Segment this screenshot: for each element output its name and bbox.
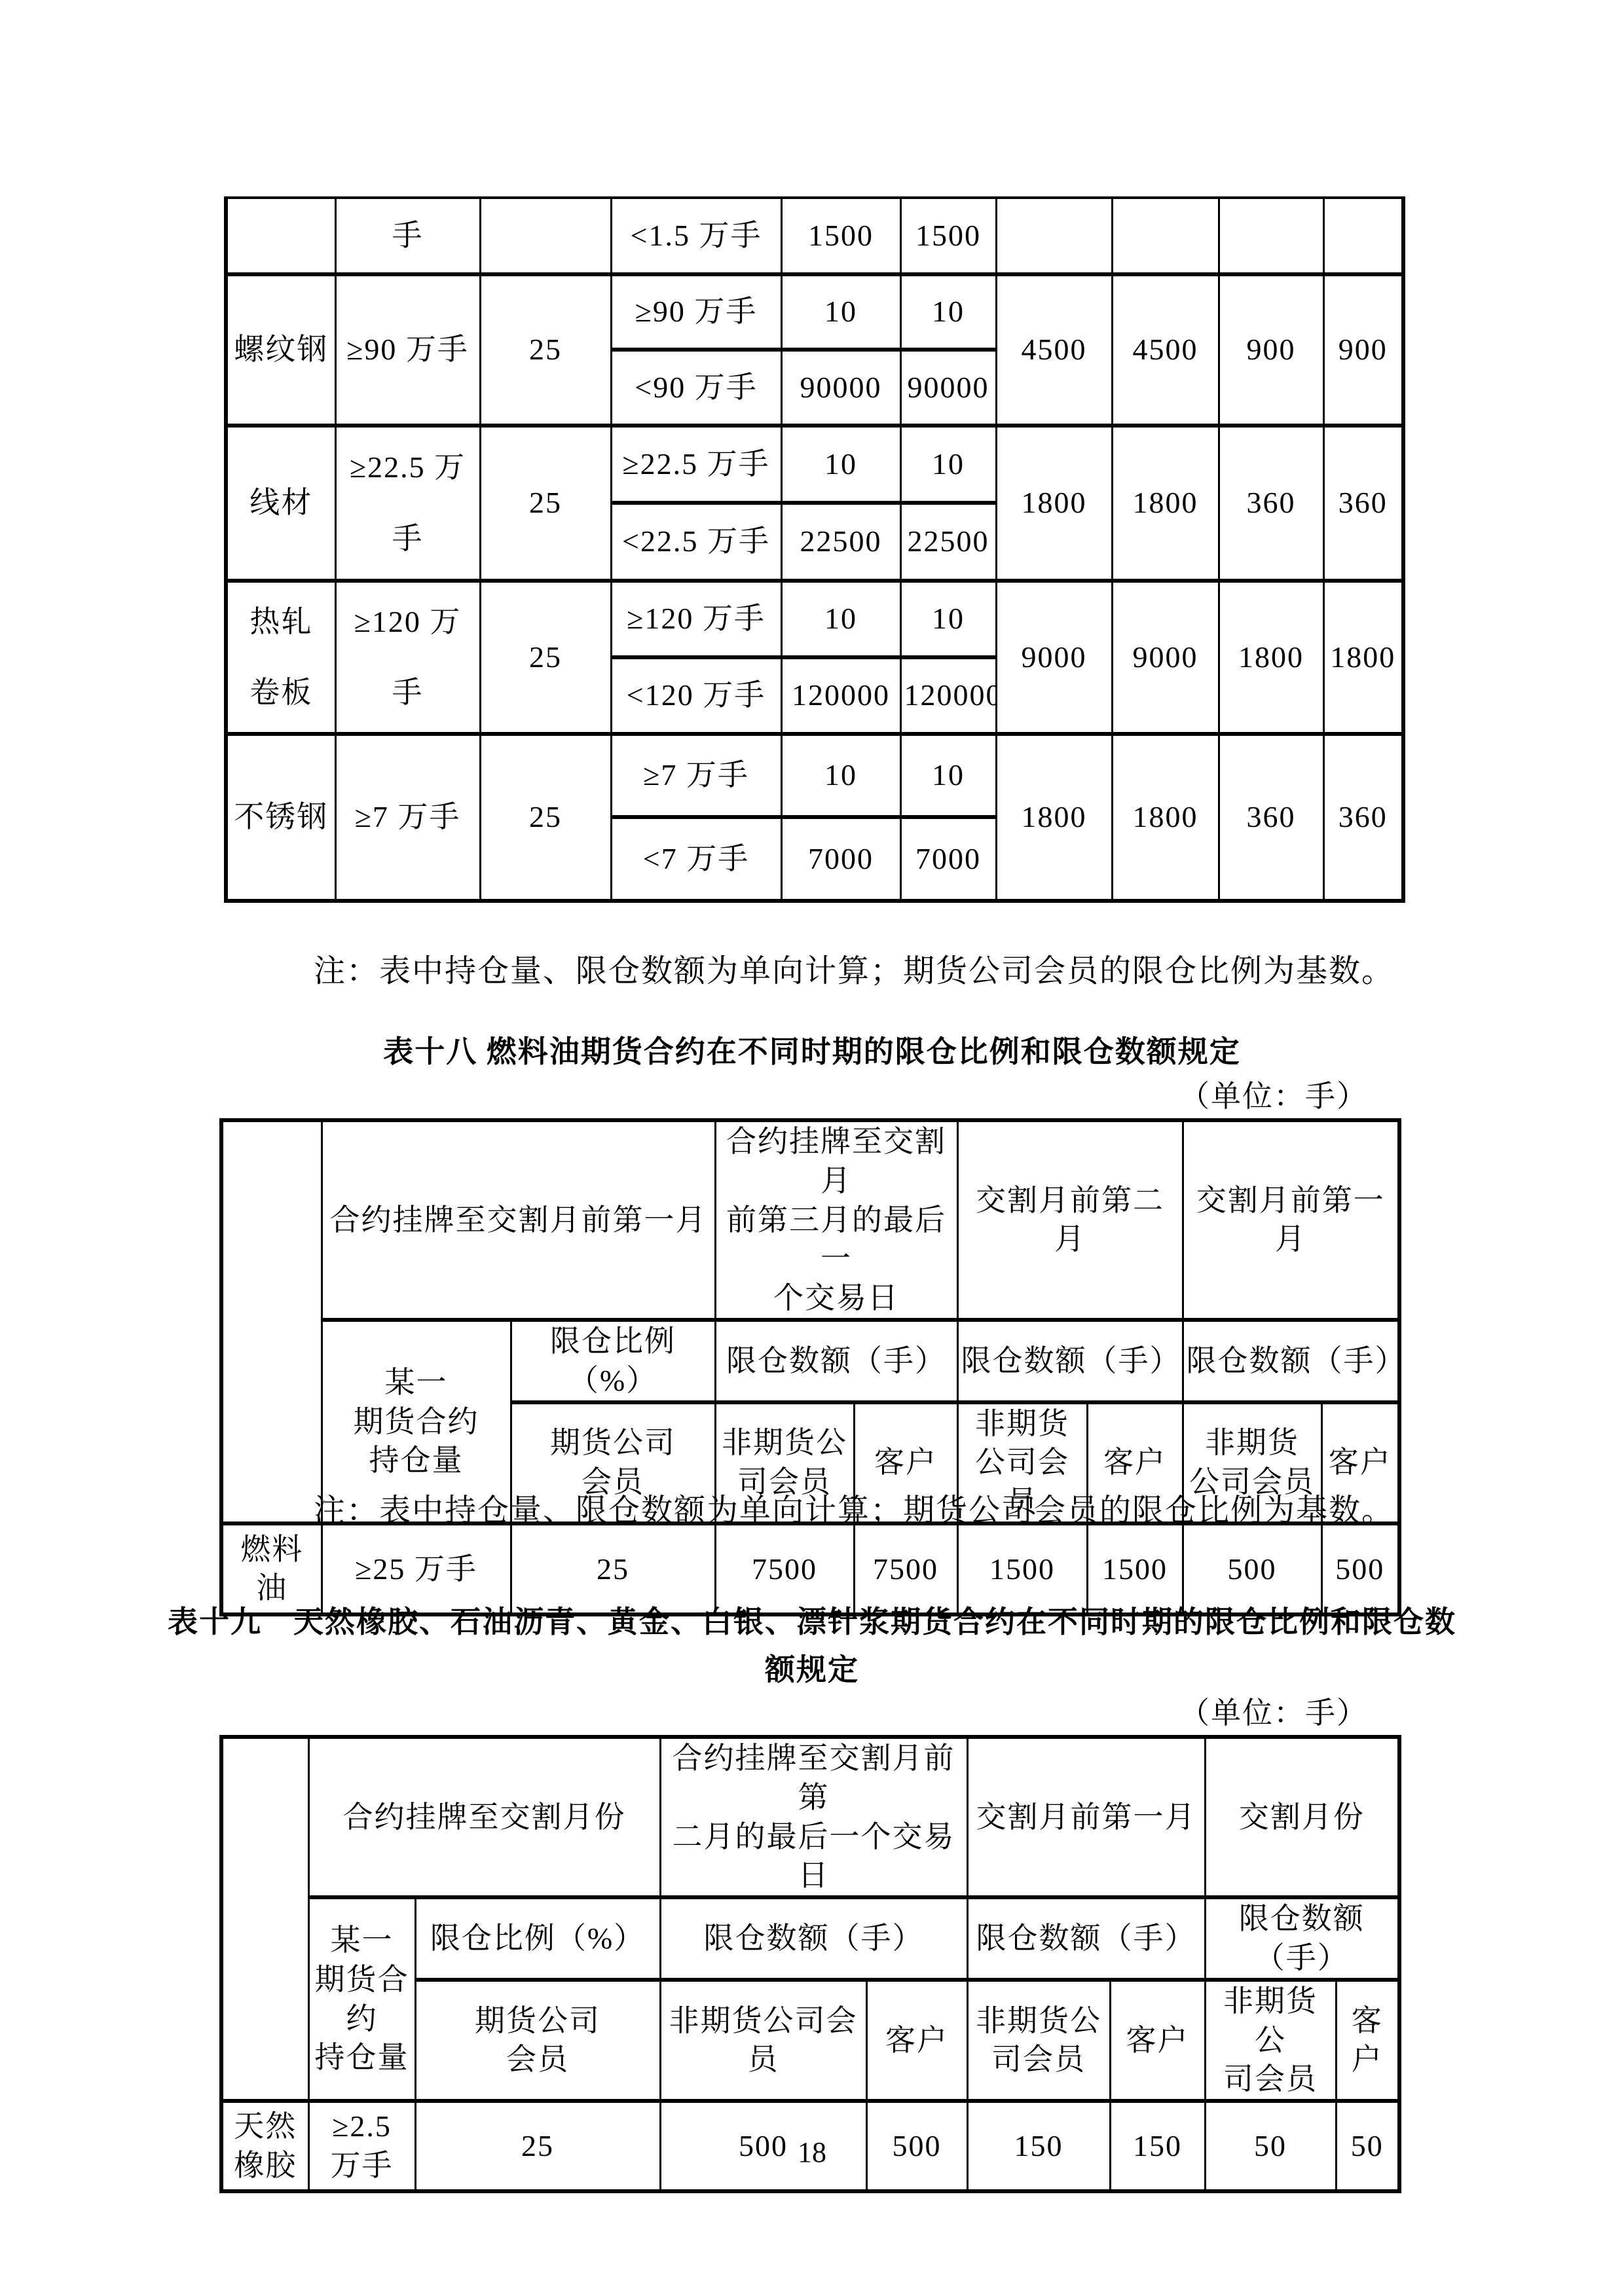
cell-quota: 10	[781, 734, 900, 817]
cell-quota-header: 限仓数额（手）	[957, 1320, 1183, 1402]
empty-cell	[221, 1120, 322, 1523]
cell-period-header: 合约挂牌至交割月 前第三月的最后一 个交易日	[715, 1120, 957, 1320]
cell-quota: 10	[900, 734, 996, 817]
document-page: 手 <1.5 万手 1500 1500 螺纹钢 ≥90 万手 25 ≥90 万手…	[0, 0, 1624, 2296]
cell-period-header: 合约挂牌至交割月前第一月	[322, 1120, 715, 1320]
cell-quota-header: 限仓数额（手）	[1183, 1320, 1399, 1402]
cell-quota: 1500	[781, 198, 900, 274]
cell-quota: 22500	[781, 503, 900, 581]
empty-cell	[226, 198, 335, 274]
cell-quota: 90000	[781, 350, 900, 426]
cell-quota-header: 限仓数额（手）	[660, 1897, 967, 1980]
cell-condition: ≥22.5 万手	[611, 426, 781, 503]
table-steel-position-limits-continued: 手 <1.5 万手 1500 1500 螺纹钢 ≥90 万手 25 ≥90 万手…	[224, 196, 1405, 903]
cell-quota: 10	[900, 581, 996, 657]
cell-condition: <120 万手	[611, 657, 781, 734]
empty-cell	[1112, 198, 1219, 274]
cell-period-header: 合约挂牌至交割月前第 二月的最后一个交易日	[660, 1737, 967, 1897]
table-fuel-oil-position-limits: 合约挂牌至交割月前第一月 合约挂牌至交割月 前第三月的最后一 个交易日 交割月前…	[219, 1118, 1401, 1616]
table-row: 某一 期货合 约 持仓量 限仓比例（%） 限仓数额（手） 限仓数额（手） 限仓数…	[221, 1897, 1399, 1980]
cell-quota: 10	[781, 581, 900, 657]
table-row: 线材 ≥22.5 万 手 25 ≥22.5 万手 10 10 1800 1800…	[226, 426, 1403, 503]
cell-threshold: ≥120 万 手	[335, 581, 480, 734]
cell-quota-header: 限仓数额（手）	[715, 1320, 957, 1402]
cell-commodity: 热轧 卷板	[226, 581, 335, 734]
cell-condition: <90 万手	[611, 350, 781, 426]
cell-threshold: ≥90 万手	[335, 274, 480, 426]
cell-quota: 10	[900, 426, 996, 503]
cell-ratio: 25	[480, 274, 611, 426]
cell-quota: 1800	[996, 426, 1112, 581]
cell-condition: ≥120 万手	[611, 581, 781, 657]
cell-quota: 90000	[900, 350, 996, 426]
cell-ratio: 25	[480, 581, 611, 734]
table-note: 注：表中持仓量、限仓数额为单向计算；期货公司会员的限仓比例为基数。	[226, 1490, 1399, 1532]
cell-quota-header: 限仓数额（手）	[967, 1897, 1205, 1980]
cell-member-header: 非期货公司会 员	[660, 1980, 866, 2101]
table18-unit-label: （单位：手）	[226, 1072, 1399, 1116]
cell-threshold: ≥7 万手	[335, 734, 480, 901]
cell-member-header: 客户	[1110, 1980, 1205, 2101]
table19-title: 表十九 天然橡胶、石油沥青、黄金、白银、漂针浆期货合约在不同时期的限仓比例和限仓…	[0, 1598, 1624, 1694]
table18-title: 表十八 燃料油期货合约在不同时期的限仓比例和限仓数额规定	[0, 1030, 1624, 1074]
cell-period-header: 交割月前第一月	[1183, 1120, 1399, 1320]
table-note: 注：表中持仓量、限仓数额为单向计算；期货公司会员的限仓比例为基数。	[226, 951, 1399, 993]
cell-quota: 9000	[996, 581, 1112, 734]
cell-condition: <7 万手	[611, 817, 781, 901]
cell-condition: ≥7 万手	[611, 734, 781, 817]
table-row: 螺纹钢 ≥90 万手 25 ≥90 万手 10 10 4500 4500 900…	[226, 274, 1403, 350]
cell-quota: 360	[1323, 734, 1403, 901]
cell-quota: 1800	[1323, 581, 1403, 734]
cell-quota: 360	[1323, 426, 1403, 581]
cell-period-header: 合约挂牌至交割月份	[308, 1737, 660, 1897]
cell-quota: 1500	[900, 198, 996, 274]
empty-cell	[480, 198, 611, 274]
table-row: 不锈钢 ≥7 万手 25 ≥7 万手 10 10 1800 1800 360 3…	[226, 734, 1403, 817]
cell-quota: 900	[1323, 274, 1403, 426]
page-number: 18	[0, 2136, 1624, 2169]
cell-quota: 4500	[1112, 274, 1219, 426]
cell-holding-header: 某一 期货合 约 持仓量	[308, 1897, 415, 2101]
cell-quota: 360	[1219, 734, 1323, 901]
cell-period-header: 交割月份	[1205, 1737, 1399, 1897]
cell-quota: 120000	[900, 657, 996, 734]
cell-quota: 10	[900, 274, 996, 350]
cell-period-header: 交割月前第一月	[967, 1737, 1205, 1897]
cell-quota: 7000	[900, 817, 996, 901]
cell-member-header: 期货公司 会员	[415, 1980, 660, 2101]
cell-quota: 1800	[996, 734, 1112, 901]
cell-member-header: 非期货公 司会员	[967, 1980, 1110, 2101]
cell-condition: <22.5 万手	[611, 503, 781, 581]
cell-quota-header: 限仓数额（手）	[1205, 1897, 1399, 1980]
cell-quota: 900	[1219, 274, 1323, 426]
cell-threshold: ≥22.5 万 手	[335, 426, 480, 581]
cell-quota: 22500	[900, 503, 996, 581]
cell-quota: 120000	[781, 657, 900, 734]
cell-quota: 4500	[996, 274, 1112, 426]
cell-quota: 10	[781, 426, 900, 503]
cell-quota: 1800	[1112, 734, 1219, 901]
cell-member-header: 客户	[1336, 1980, 1399, 2101]
cell-threshold-tail: 手	[335, 198, 480, 274]
cell-quota: 10	[781, 274, 900, 350]
cell-period-header: 交割月前第二月	[957, 1120, 1183, 1320]
cell-member-header: 客户	[866, 1980, 967, 2101]
cell-quota: 7000	[781, 817, 900, 901]
cell-quota: 360	[1219, 426, 1323, 581]
cell-ratio: 25	[480, 734, 611, 901]
cell-quota: 1800	[1219, 581, 1323, 734]
cell-quota: 9000	[1112, 581, 1219, 734]
empty-cell	[996, 198, 1112, 274]
table-row: 合约挂牌至交割月份 合约挂牌至交割月前第 二月的最后一个交易日 交割月前第一月 …	[221, 1737, 1399, 1897]
cell-commodity: 线材	[226, 426, 335, 581]
table-row: 某一 期货合约 持仓量 限仓比例（%） 限仓数额（手） 限仓数额（手） 限仓数额…	[221, 1320, 1399, 1402]
table-row: 合约挂牌至交割月前第一月 合约挂牌至交割月 前第三月的最后一 个交易日 交割月前…	[221, 1120, 1399, 1320]
cell-member-header: 非期货公 司会员	[1205, 1980, 1336, 2101]
cell-condition: <1.5 万手	[611, 198, 781, 274]
empty-cell	[1323, 198, 1403, 274]
table-row: 热轧 卷板 ≥120 万 手 25 ≥120 万手 10 10 9000 900…	[226, 581, 1403, 657]
cell-ratio-header: 限仓比例（%）	[415, 1897, 660, 1980]
empty-cell	[1219, 198, 1323, 274]
cell-commodity: 不锈钢	[226, 734, 335, 901]
cell-ratio: 25	[480, 426, 611, 581]
cell-ratio-header: 限仓比例（%）	[511, 1320, 715, 1402]
table19-unit-label: （单位：手）	[226, 1689, 1399, 1732]
table-row: 手 <1.5 万手 1500 1500	[226, 198, 1403, 274]
cell-quota: 1800	[1112, 426, 1219, 581]
cell-condition: ≥90 万手	[611, 274, 781, 350]
cell-commodity: 螺纹钢	[226, 274, 335, 426]
table-rubber-gold-position-limits: 合约挂牌至交割月份 合约挂牌至交割月前第 二月的最后一个交易日 交割月前第一月 …	[219, 1735, 1401, 2193]
empty-cell	[221, 1737, 308, 2101]
